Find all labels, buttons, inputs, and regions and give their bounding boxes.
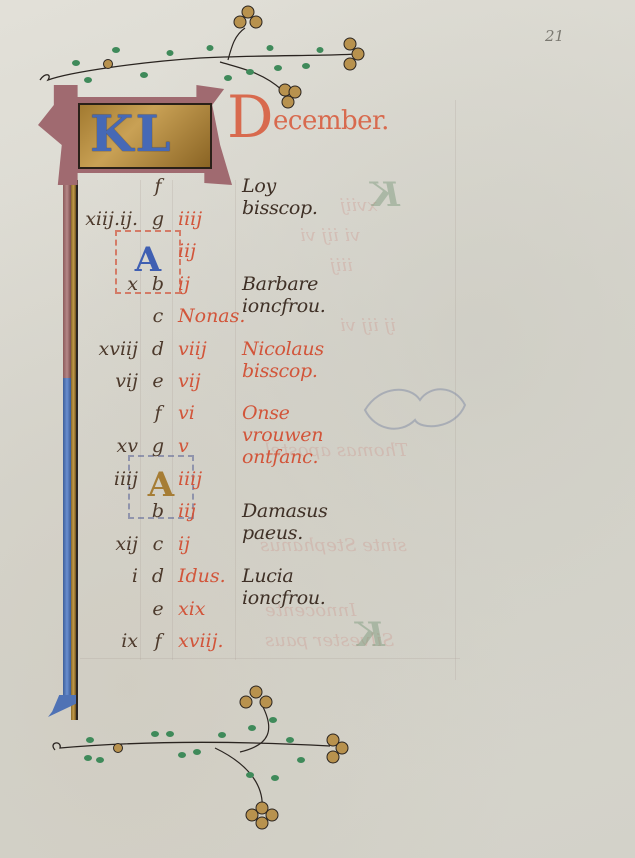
month-rest: ecember.	[273, 106, 389, 136]
roman-date: ij	[178, 533, 190, 555]
roman-date: vij	[178, 370, 201, 392]
dominical-letter: b	[146, 273, 170, 295]
saint-name: Barbare ioncfrou.	[242, 273, 326, 317]
golden-number: xv	[78, 435, 138, 457]
roman-date: iij	[178, 240, 196, 262]
initial-letters: KL	[90, 105, 173, 163]
dominical-letter: c	[146, 533, 170, 555]
golden-number: x	[78, 273, 138, 295]
dominical-letter: d	[146, 565, 170, 587]
dominical-letter: b	[146, 500, 170, 522]
ruling-line	[235, 180, 236, 660]
show-through-text: ij iij vi	[340, 315, 396, 336]
ruling-line	[80, 658, 460, 659]
month-capital: D	[227, 83, 273, 151]
month-title: December.	[227, 88, 389, 146]
show-through-text: vi iij vi	[300, 225, 360, 246]
golden-number: xviij	[78, 338, 138, 360]
roman-date: viij	[178, 338, 207, 360]
roman-date: v	[178, 435, 189, 457]
saint-name: Onse vrouwen ontfanc.	[242, 402, 323, 468]
dominical-letter: g	[146, 208, 170, 230]
bottom-vine-border	[0, 660, 400, 858]
dominical-letter: f	[146, 175, 170, 197]
dominical-letter: f	[146, 630, 170, 652]
dominical-letter: c	[146, 305, 170, 327]
roman-date: ij	[178, 273, 190, 295]
roman-date: iij	[178, 500, 196, 522]
golden-number: i	[78, 565, 138, 587]
show-through-flourish	[360, 380, 470, 440]
folio-number: 21	[545, 27, 564, 45]
dominical-letter: e	[146, 370, 170, 392]
roman-date: iiij	[178, 208, 202, 230]
dominical-letter: g	[146, 435, 170, 457]
golden-number: iiij	[78, 468, 138, 490]
golden-number: xij	[78, 533, 138, 555]
show-through-initial: K	[370, 175, 400, 215]
manuscript-page: 21 xviij vi iij vi iiij ij iij vi Thomas…	[0, 0, 635, 858]
show-through-text: iiij	[330, 255, 353, 276]
roman-date: Nonas.	[178, 305, 245, 327]
dominical-letter: f	[146, 402, 170, 424]
kl-initial: KL	[38, 85, 238, 185]
border-bar-blue	[63, 378, 71, 698]
saint-name: Loy bisscop.	[242, 175, 318, 219]
border-bar-red	[63, 180, 71, 380]
saint-name: Nicolaus bisscop.	[242, 338, 324, 382]
dominical-letter: e	[146, 598, 170, 620]
saint-name: Damasus paeus.	[242, 500, 328, 544]
show-through-initial: K	[355, 615, 385, 655]
roman-date: iiij	[178, 468, 202, 490]
golden-number: ix	[78, 630, 138, 652]
roman-date: xviij.	[178, 630, 224, 652]
saint-name: Lucia ioncfrou.	[242, 565, 326, 609]
roman-date: Idus.	[178, 565, 226, 587]
golden-number: vij	[78, 370, 138, 392]
roman-date: vi	[178, 402, 195, 424]
dominical-letter: d	[146, 338, 170, 360]
golden-number: xiij.ij.	[78, 208, 138, 230]
roman-date: xix	[178, 598, 206, 620]
